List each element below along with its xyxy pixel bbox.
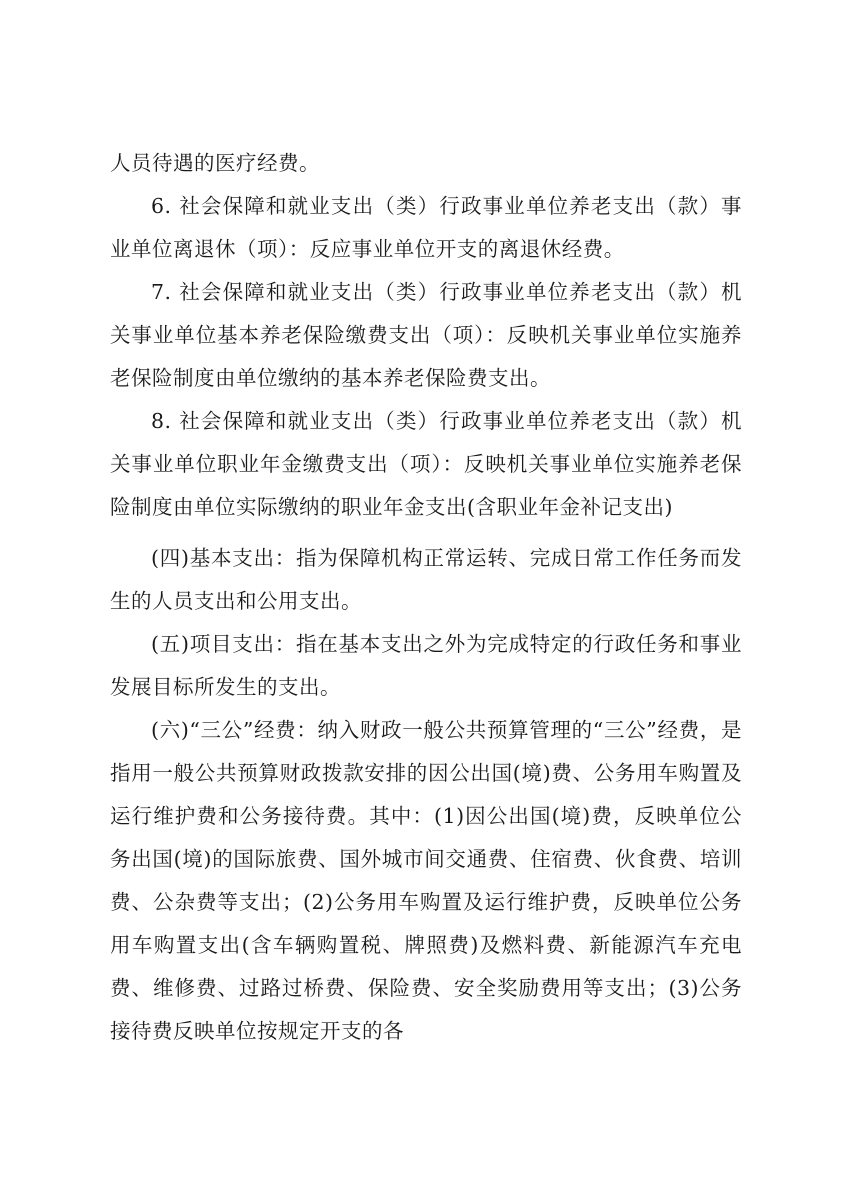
paragraph-item-6-retirement: 6. 社会保障和就业支出（类）行政事业单位养老支出（款）事业单位离退休（项）：反… bbox=[110, 185, 742, 271]
paragraph-item-7-basic-pension: 7. 社会保障和就业支出（类）行政事业单位养老支出（款）机关事业单位基本养老保险… bbox=[110, 271, 742, 400]
paragraph-project-expenditure: (五)项目支出：指在基本支出之外为完成特定的行政任务和事业发展目标所发生的支出。 bbox=[110, 623, 742, 709]
paragraph-medical-continuation: 人员待遇的医疗经费。 bbox=[110, 142, 742, 185]
paragraph-item-8-occupational-annuity: 8. 社会保障和就业支出（类）行政事业单位养老支出（款）机关事业单位职业年金缴费… bbox=[110, 400, 742, 529]
paragraph-basic-expenditure: (四)基本支出：指为保障机构正常运转、完成日常工作任务而发生的人员支出和公用支出… bbox=[110, 537, 742, 623]
paragraph-three-public-expenses: (六)“三公”经费：纳入财政一般公共预算管理的“三公”经费，是指用一般公共预算财… bbox=[110, 709, 742, 1053]
document-page: 人员待遇的医疗经费。 6. 社会保障和就业支出（类）行政事业单位养老支出（款）事… bbox=[110, 142, 742, 1053]
